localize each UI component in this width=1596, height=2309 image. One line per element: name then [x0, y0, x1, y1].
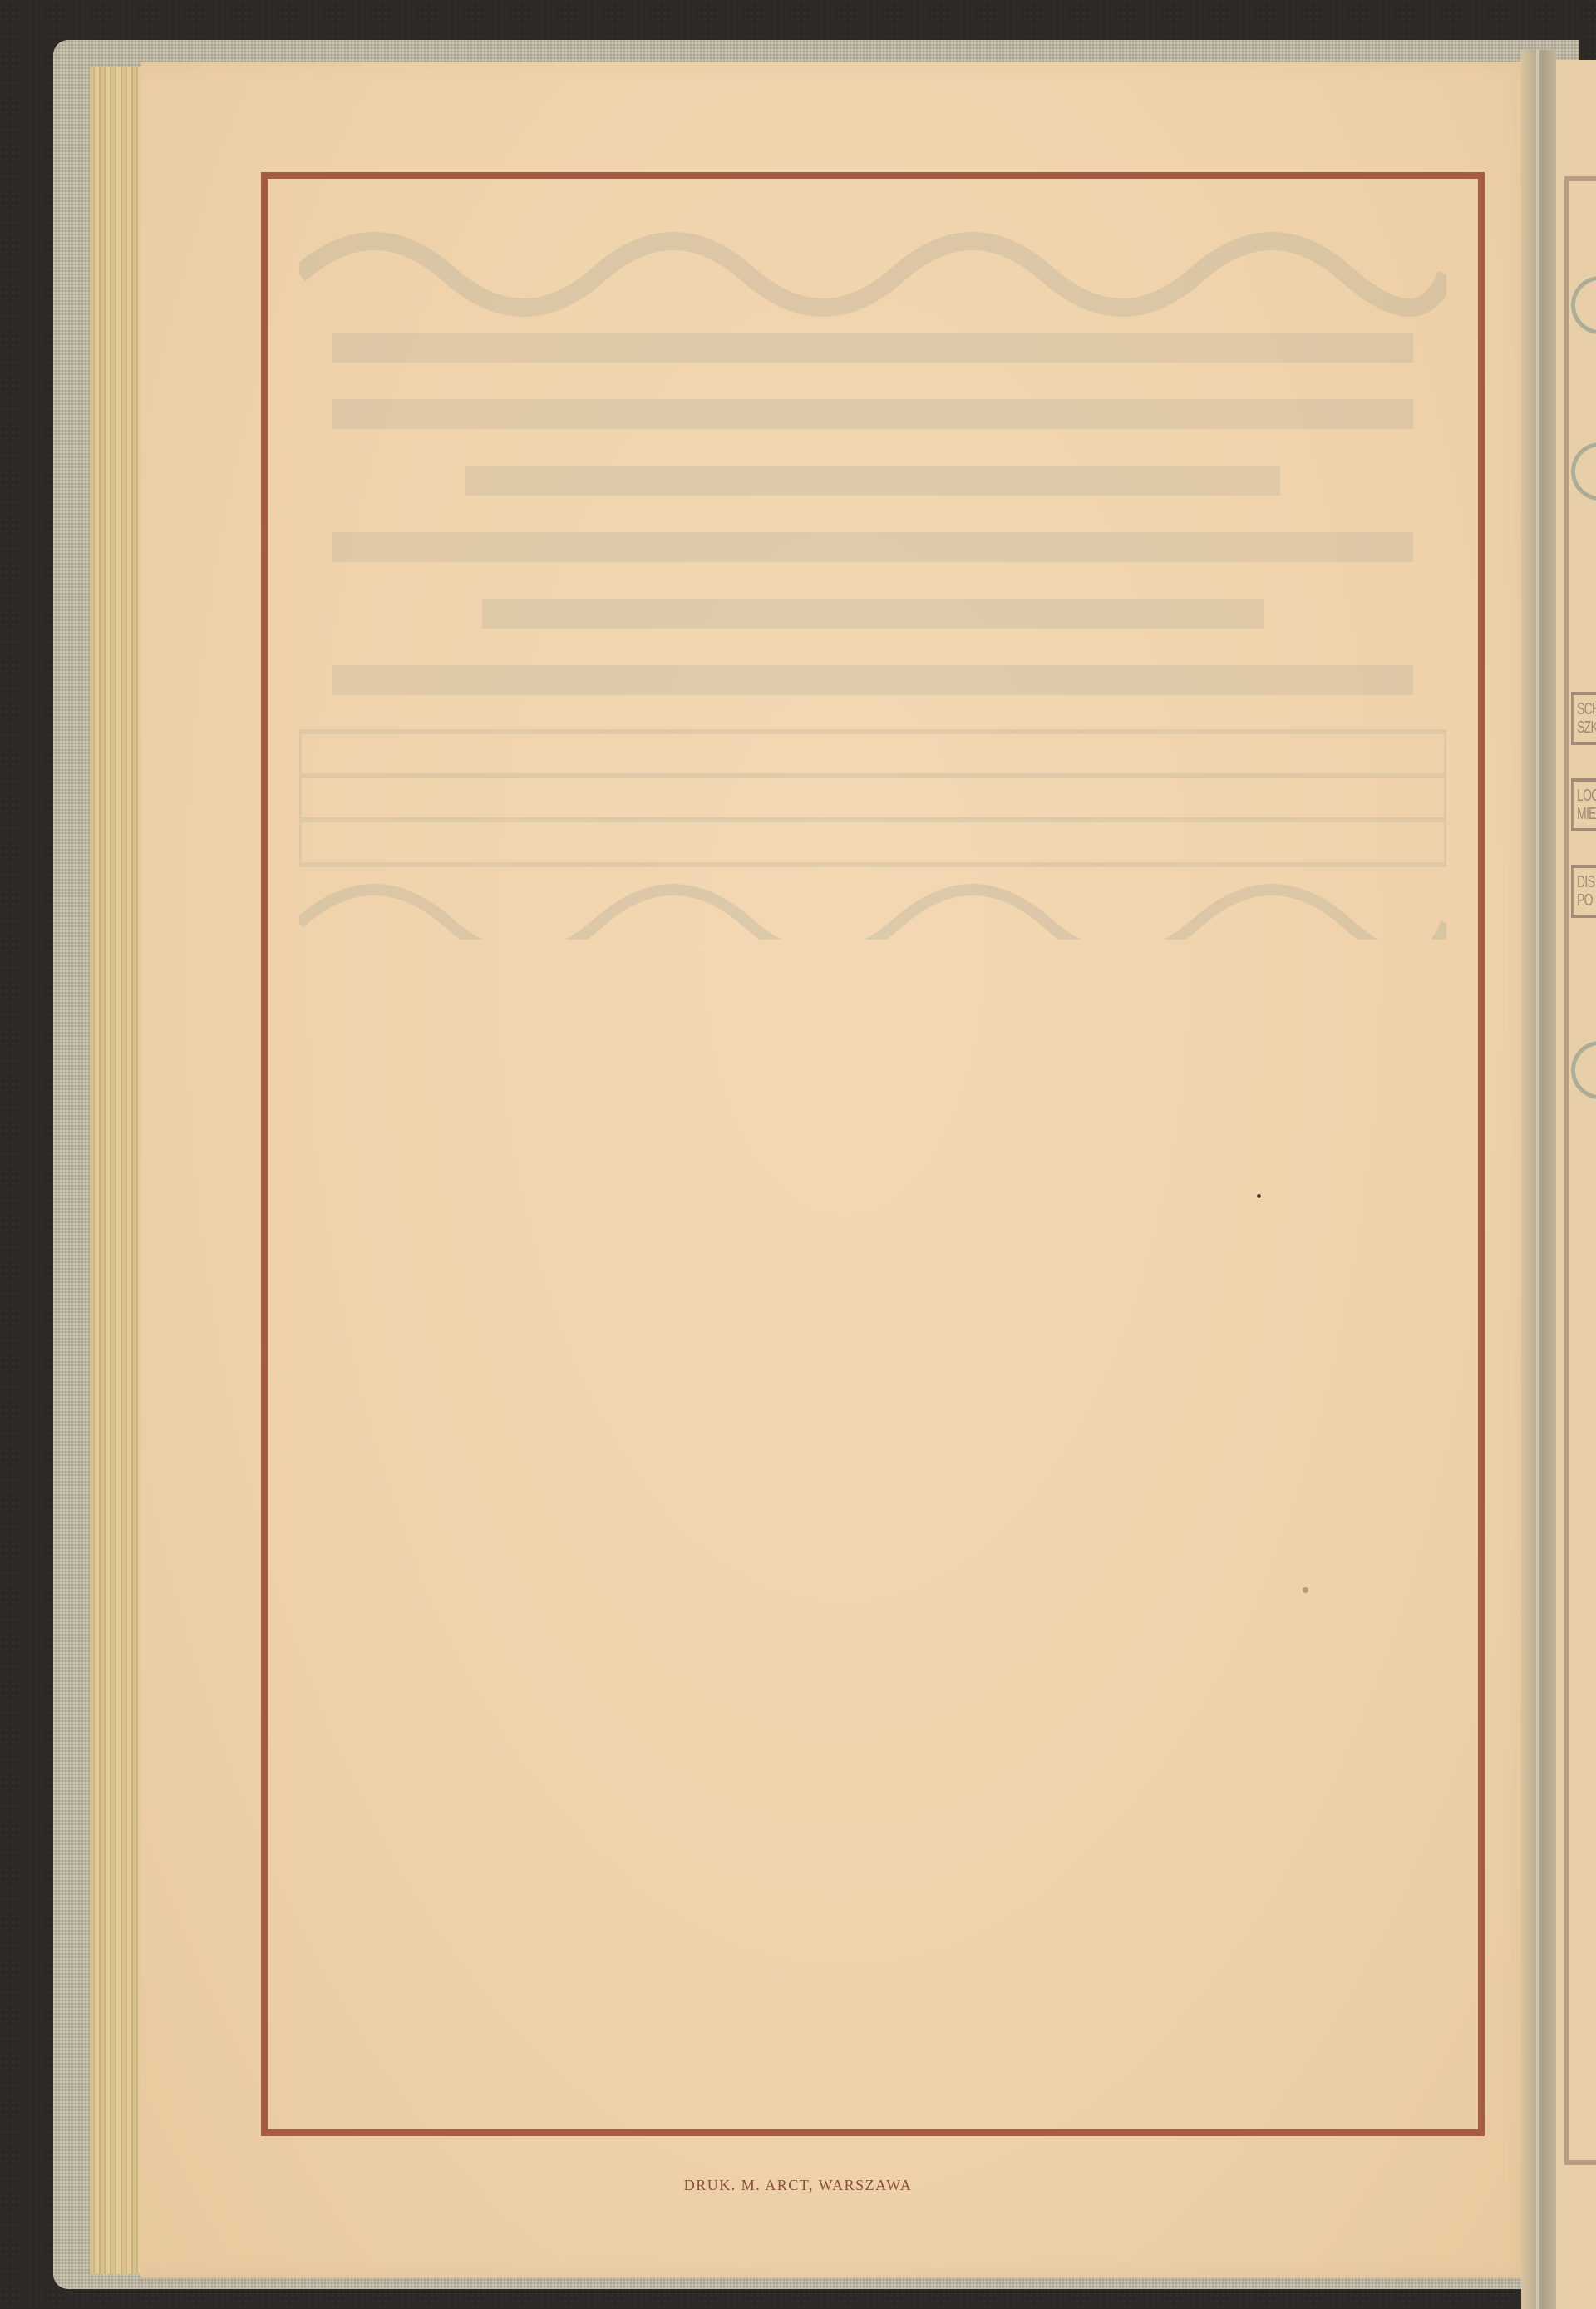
printer-imprint: DRUK. M. ARCT, WARSZAWA [0, 2177, 1596, 2194]
facing-page-text-fragments: SCH SZK LOC MIE DIS PO [1571, 692, 1596, 918]
facing-page-sliver: SCH SZK LOC MIE DIS PO [1556, 60, 1596, 2309]
paper-speck [1303, 1587, 1308, 1593]
page-border-frame [261, 172, 1485, 2136]
facing-fragment: SCH SZK [1571, 692, 1596, 745]
facing-fragment: DIS PO [1571, 865, 1596, 918]
facing-fragment: LOC MIE [1571, 778, 1596, 831]
book-gutter [1521, 50, 1556, 2309]
paper-speck [1257, 1194, 1261, 1198]
